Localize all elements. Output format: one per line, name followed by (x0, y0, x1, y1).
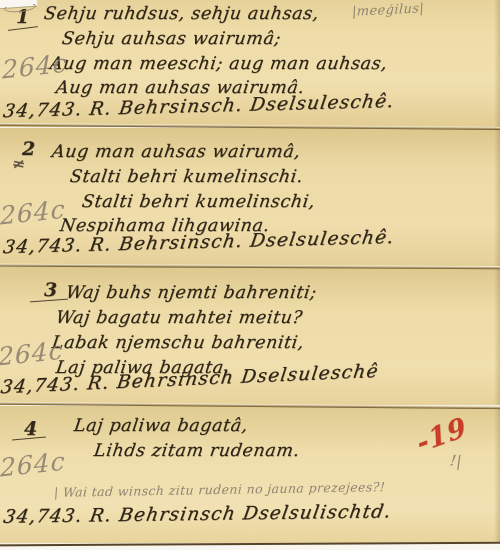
card-number-underline (30, 299, 68, 303)
scan-shadow (494, 128, 500, 266)
daina-card-1: 1 Sehju ruhdsus, sehju auhsas, |meeģilus… (0, 0, 500, 127)
pencil-annotation: | Wai tad winsch zitu rudeni no jauna pr… (54, 479, 386, 500)
signature-line: 34,743. R. Behrsinsch Dselsulischtd. (2, 501, 393, 527)
collector-stamp: 264c (0, 335, 64, 371)
verse-line: Aug man meeschi; aug man auhsas, (49, 54, 389, 74)
daina-card-3: 3 Waj buhs njemti bahreniti; Waj bagatu … (0, 267, 500, 405)
scan-shadow (494, 406, 500, 543)
scan-shadow (494, 0, 500, 127)
card-number: 3 (44, 279, 57, 301)
verse-line: Waj bagatu mahtei meitu? (55, 308, 304, 328)
verse-line: Labak njemschu bahreniti, (51, 333, 306, 353)
verse-line: Stalti behri kumelinschi. (69, 167, 305, 187)
document-scan: 1 Sehju ruhdsus, sehju auhsas, |meeģilus… (0, 0, 500, 550)
verse-line: Stalti behri kumelinschi, (81, 192, 317, 212)
collector-stamp: 264c (0, 446, 65, 482)
daina-card-2: 2 ≠ Aug man auhsas wairumâ, Stalti behri… (0, 128, 500, 266)
verse-line: Sehju auhsas wairumâ; (61, 29, 283, 49)
verse-line: Lihds zitam rudenam. (93, 441, 302, 461)
verse-line: Aug man auhsas wairumâ, (51, 142, 302, 162)
collector-stamp: 264c (0, 194, 65, 230)
verse-line: Laj paliwa bagatâ, (73, 416, 250, 436)
scan-shadow (494, 267, 500, 405)
verse-line: Waj buhs njemti bahreniti; (65, 283, 318, 303)
verse-line: Sehju ruhdsus, sehju auhsas, (43, 4, 321, 24)
cancel-mark: ≠ (10, 153, 27, 174)
pencil-annotation: |meeģilus| (352, 1, 425, 20)
daina-card-4: 4 Laj paliwa bagatâ, Lihds zitam rudenam… (0, 406, 500, 543)
pencil-exclamation-mark: !| (449, 451, 463, 470)
